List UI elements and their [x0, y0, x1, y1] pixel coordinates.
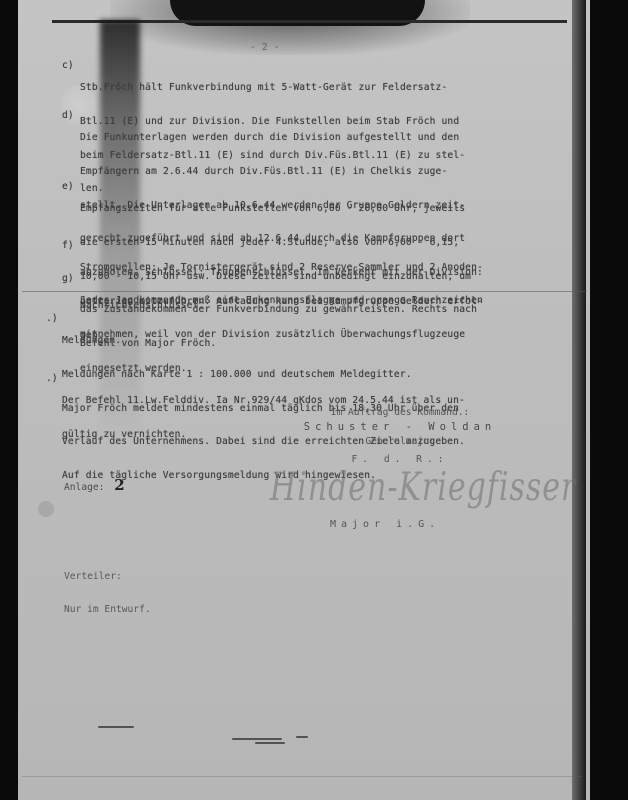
signature-block: Im Auftrag des Kommand.: Schuster - Wold… — [250, 406, 550, 467]
document-scan: - 2 - c) Stb.Fröch hält Funkverbindung m… — [0, 0, 628, 800]
item-d: d) Die Funkunterlagen werden durch die D… — [62, 110, 86, 155]
annex-number: 2 — [114, 476, 124, 494]
item-c: c) Stb.Fröch hält Funkverbindung mit 5-W… — [62, 60, 86, 105]
item-g: g) Jedes Jagdkommando muß eine Erkennung… — [62, 273, 86, 318]
section-line: Der Befehl 11.Lw.Felddiv. Ia Nr.929/44 g… — [62, 395, 465, 406]
item-line: Stromquellen: Je Tornistergerät sind 2 R… — [80, 262, 483, 273]
handwritten-signature: Hinden-Kriegfisser — [270, 465, 576, 511]
distribution-list: Verteiler: Nur im Entwurf. — [64, 549, 151, 637]
section-reports: .) Meldungen. Meldungen nach Karte 1 : 1… — [46, 313, 70, 358]
item-line: Die Funkunterlagen werden durch die Divi… — [80, 132, 483, 143]
item-line: Stb.Fröch hält Funkverbindung mit 5-Watt… — [80, 82, 465, 93]
item-line: Empfangszeiten für alle Funkstellen von … — [80, 203, 477, 214]
section-order-void: .) Der Befehl 11.Lw.Felddiv. Ia Nr.929/4… — [46, 373, 70, 418]
ink-stain — [296, 736, 308, 738]
item-e: e) Empfangszeiten für alle Funkstellen v… — [62, 181, 86, 226]
bottom-rule — [22, 776, 582, 777]
item-line: Jedes Jagdkommando muß eine Erkennungsfl… — [80, 295, 483, 306]
ink-stain — [98, 726, 134, 728]
signature-authority: Im Auftrag des Kommand.: — [250, 406, 550, 420]
punch-hole — [38, 501, 54, 517]
section-marker: .) — [46, 373, 58, 384]
annex-note: Anlage: 2 — [64, 476, 125, 494]
signatory-rank: Major i.G. — [330, 519, 440, 530]
signatory-title: Generalmajor — [250, 435, 550, 449]
signatory-name: Schuster - Woldan — [250, 420, 550, 435]
section-marker: .) — [46, 313, 58, 324]
item-marker: f) — [62, 240, 74, 251]
item-marker: e) — [62, 181, 74, 192]
annex-label: Anlage: — [64, 482, 104, 493]
page-edge-shadow — [572, 0, 586, 800]
item-marker: c) — [62, 60, 74, 71]
distribution-value: Nur im Entwurf. — [64, 604, 151, 615]
item-marker: d) — [62, 110, 74, 121]
ink-stain — [255, 742, 285, 744]
item-marker: g) — [62, 273, 74, 284]
item-line: Empfängern am 2.6.44 durch Div.Füs.Btl.1… — [80, 166, 483, 177]
ink-stain — [232, 738, 282, 740]
section-heading: Meldungen. — [62, 335, 465, 346]
page-number-marker: - 2 - — [250, 42, 280, 53]
distribution-label: Verteiler: — [64, 571, 151, 582]
